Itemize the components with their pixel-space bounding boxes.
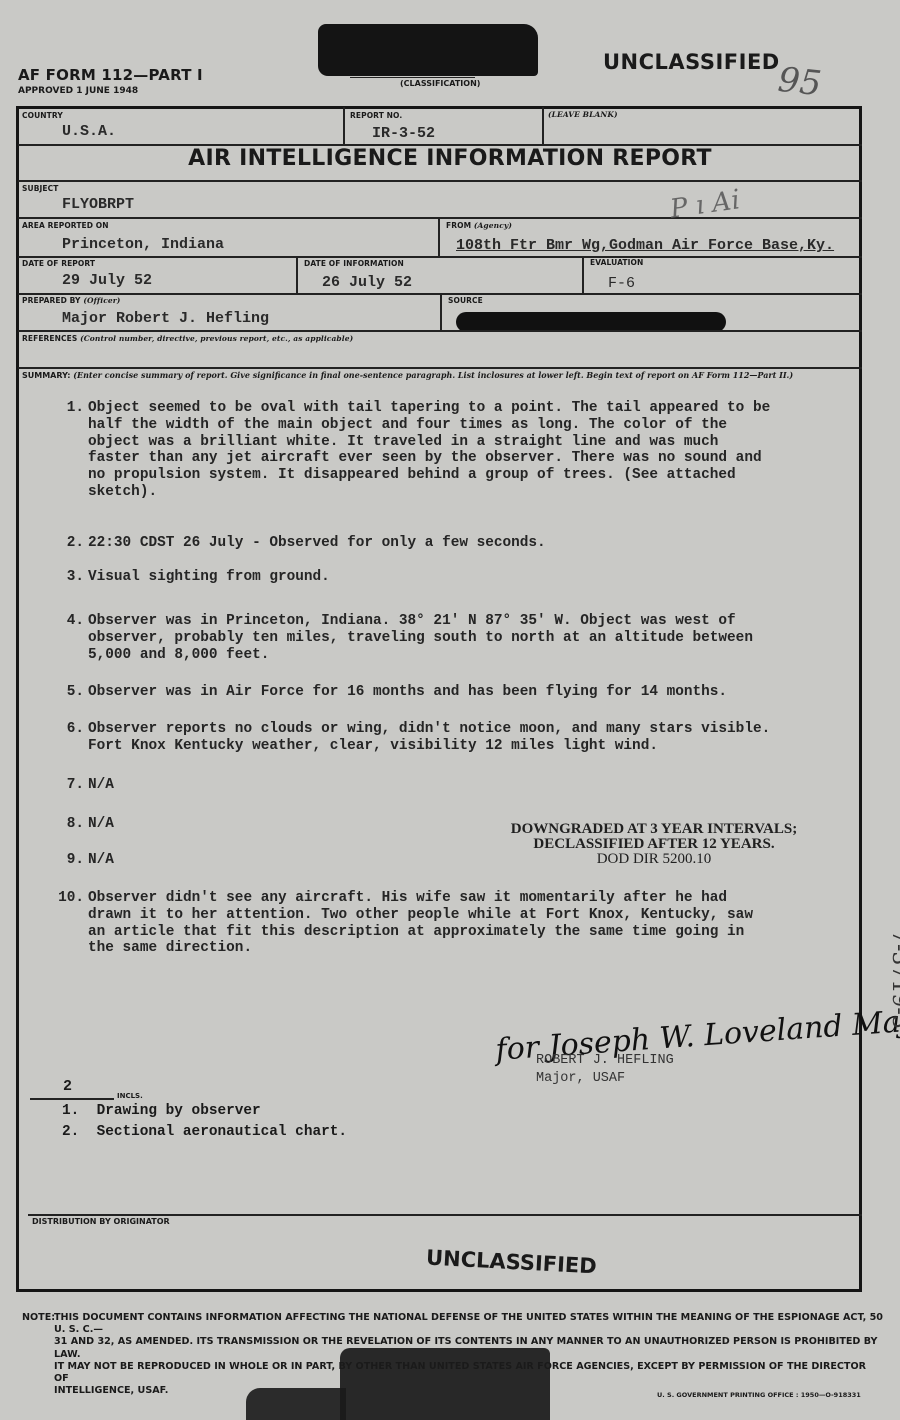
divider	[582, 256, 584, 294]
inclosure-item: 2. Sectional aeronautical chart.	[62, 1124, 347, 1140]
divider	[343, 107, 345, 144]
references-label: REFERENCES	[22, 334, 77, 343]
leave-blank-label: (LEAVE BLANK)	[548, 110, 618, 119]
downgrade-line-3: DOD DIR 5200.10	[474, 852, 834, 867]
inclosure-item: 1. Drawing by observer	[62, 1103, 261, 1119]
area-reported-value: Princeton, Indiana	[62, 236, 224, 253]
date-of-report-value: 29 July 52	[62, 272, 152, 289]
handwritten-page-mark: 95	[776, 60, 823, 104]
margin-annotation: 7-3719-3	[887, 930, 900, 1029]
inclosure-number: 2.	[62, 1124, 79, 1140]
downgrade-stamp: DOWNGRADED AT 3 YEAR INTERVALS; DECLASSI…	[474, 822, 834, 867]
classification-redaction	[318, 24, 538, 76]
date-of-information-value: 26 July 52	[322, 274, 412, 291]
inclosure-number: 1.	[62, 1103, 79, 1119]
date-of-report-label: DATE OF REPORT	[22, 259, 95, 268]
from-agency-value: 108th Ftr Bmr Wg,Godman Air Force Base,K…	[456, 237, 834, 254]
paragraph-text: Observer was in Princeton, Indiana. 38° …	[88, 613, 848, 663]
downgrade-line-2: DECLASSIFIED AFTER 12 YEARS.	[474, 837, 834, 852]
paragraph-number: 4.	[50, 613, 84, 630]
from-label: FROM	[446, 221, 471, 230]
references-qualifier: (Control number, directive, previous rep…	[80, 334, 353, 343]
classification-line	[350, 77, 475, 78]
note-lead: NOTE:	[22, 1312, 55, 1324]
evaluation-label: EVALUATION	[590, 258, 643, 267]
divider	[18, 180, 862, 182]
paragraph-number: 2.	[50, 535, 84, 552]
inclosure-text: Sectional aeronautical chart.	[97, 1124, 347, 1140]
paragraph-text: Observer was in Air Force for 16 months …	[88, 684, 848, 701]
country-label: COUNTRY	[22, 111, 63, 120]
paragraph-text: 22:30 CDST 26 July - Observed for only a…	[88, 535, 848, 552]
divider	[18, 330, 862, 332]
divider	[542, 107, 544, 144]
summary-instructions: (Enter concise summary of report. Give s…	[73, 370, 793, 380]
paragraph-number: 5.	[50, 684, 84, 701]
distribution-label: DISTRIBUTION BY ORIGINATOR	[32, 1217, 170, 1226]
prepared-by-value: Major Robert J. Hefling	[62, 310, 269, 327]
divider	[438, 217, 440, 256]
source-redaction	[456, 312, 726, 332]
inclosures-line	[30, 1098, 114, 1100]
subject-value: FLYOBRPT	[62, 196, 134, 213]
evaluation-value: F-6	[608, 275, 635, 292]
report-no-label: REPORT NO.	[350, 111, 402, 120]
date-of-information-label: DATE OF INFORMATION	[304, 259, 404, 268]
subject-label: SUBJECT	[22, 184, 58, 193]
paragraph-text: Visual sighting from ground.	[88, 569, 848, 586]
bottom-classification-redaction	[246, 1388, 346, 1420]
paragraph-number: 3.	[50, 569, 84, 586]
inclosure-text: Drawing by observer	[97, 1103, 261, 1119]
form-id: AF FORM 112—PART I	[18, 66, 203, 84]
paragraph-text: Observer didn't see any aircraft. His wi…	[88, 890, 848, 957]
country-value: U.S.A.	[62, 123, 116, 140]
report-no-value: IR-3-52	[372, 125, 435, 142]
form-approved-date: APPROVED 1 JUNE 1948	[18, 86, 138, 96]
paragraph-text: Object seemed to be oval with tail taper…	[88, 400, 848, 501]
classification-stamp-top: UNCLASSIFIED	[603, 50, 780, 74]
prepared-by-qualifier: (Officer)	[83, 296, 120, 305]
paragraph-text: N/A	[88, 777, 848, 794]
divider	[28, 1214, 862, 1216]
paragraph-number: 1.	[50, 400, 84, 417]
from-label-qualifier: (Agency)	[474, 221, 512, 230]
paragraph-number: 10.	[50, 890, 84, 907]
printing-office-imprint: U. S. GOVERNMENT PRINTING OFFICE : 1950—…	[657, 1391, 861, 1399]
source-label: SOURCE	[448, 296, 483, 305]
divider	[18, 217, 862, 219]
paragraph-text: Observer reports no clouds or wing, didn…	[88, 721, 848, 755]
area-reported-label: AREA REPORTED ON	[22, 221, 109, 230]
divider	[18, 367, 862, 369]
typed-signature-block: ROBERT J. HEFLING Major, USAF	[536, 1052, 674, 1088]
divider	[440, 293, 442, 330]
downgrade-line-1: DOWNGRADED AT 3 YEAR INTERVALS;	[474, 822, 834, 837]
paragraph-number: 7.	[50, 777, 84, 794]
inclosures-label: INCLS.	[117, 1092, 143, 1100]
inclosures-count: 2	[63, 1078, 72, 1095]
report-title: AIR INTELLIGENCE INFORMATION REPORT	[0, 146, 900, 171]
prepared-by-label: PREPARED BY	[22, 296, 81, 305]
bottom-classification-redaction	[340, 1348, 550, 1420]
classification-label: (CLASSIFICATION)	[400, 79, 480, 88]
divider	[18, 256, 862, 258]
paragraph-number: 6.	[50, 721, 84, 738]
summary-label: SUMMARY:	[22, 371, 70, 380]
paragraph-number: 9.	[50, 852, 84, 869]
divider	[296, 256, 298, 294]
paragraph-number: 8.	[50, 816, 84, 833]
